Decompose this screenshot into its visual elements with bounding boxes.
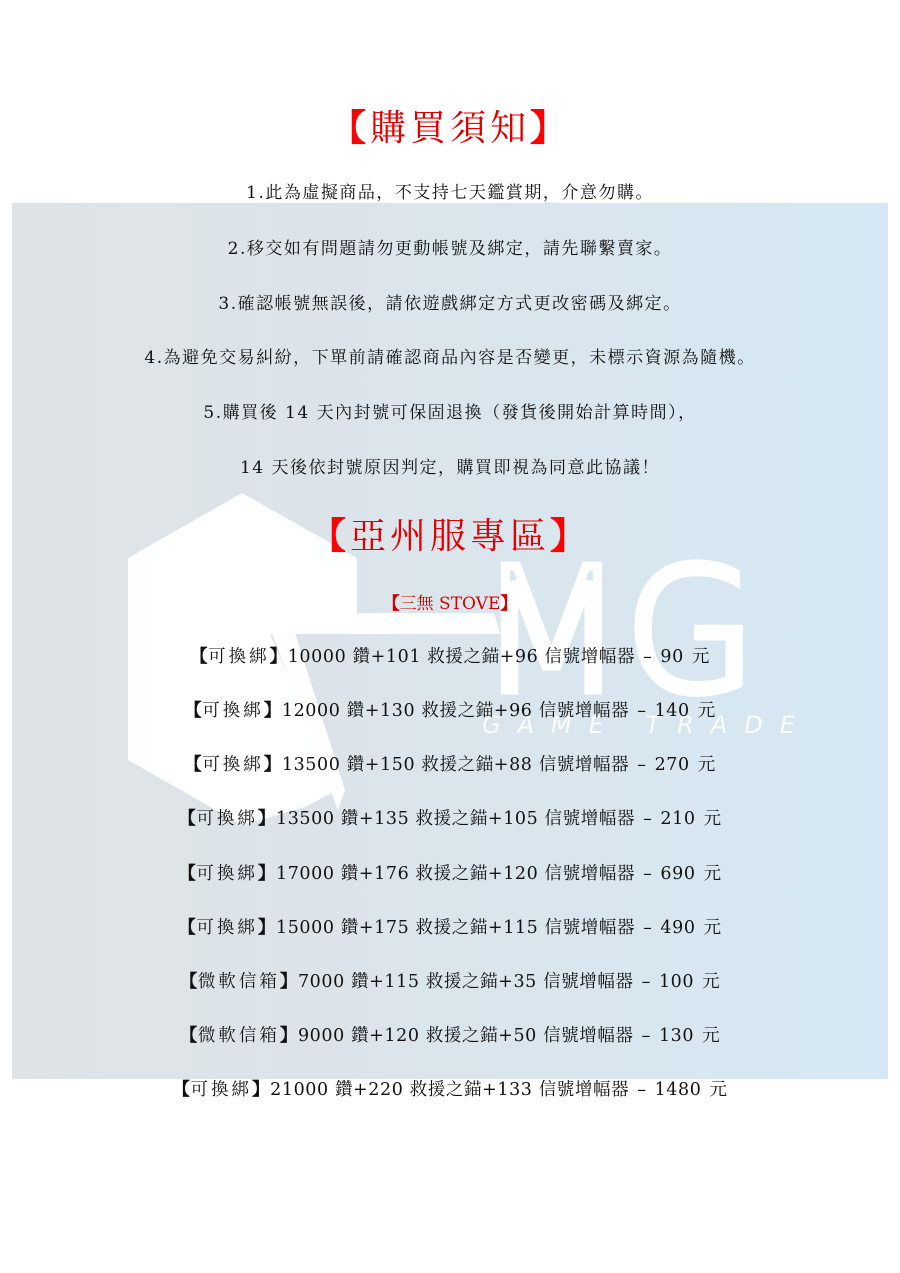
stove-subtitle: 【三無 STOVE】 bbox=[0, 589, 900, 614]
bracket-close: 】 bbox=[258, 864, 276, 884]
background-panel bbox=[12, 203, 888, 1079]
price-unit: 元 bbox=[698, 755, 716, 775]
price-unit: 元 bbox=[710, 1080, 728, 1100]
bracket-close: 】 bbox=[264, 701, 282, 721]
notice-rule-2: 2.移交如有問題請勿更動帳號及綁定，請先聯繫賣家。 bbox=[0, 234, 900, 259]
bracket-close: 】 bbox=[264, 755, 282, 775]
product-tag: 微軟信箱 bbox=[198, 972, 280, 992]
product-detail: 13500 鑽+135 救援之錨+105 信號增幅器 bbox=[276, 809, 635, 829]
product-price: 1480 bbox=[655, 1080, 702, 1100]
bracket-close: 】 bbox=[550, 515, 590, 557]
dash: – bbox=[637, 1080, 646, 1100]
product-tag: 微軟信箱 bbox=[198, 1026, 280, 1046]
product-detail: 9000 鑽+120 救援之錨+50 信號增幅器 bbox=[298, 1026, 634, 1046]
stove-subtitle-text: 三無 STOVE bbox=[400, 594, 501, 614]
product-tag: 可換綁 bbox=[202, 755, 264, 775]
price-unit: 元 bbox=[702, 1026, 720, 1046]
product-tag: 可換綁 bbox=[191, 1080, 253, 1100]
bracket-open: 【 bbox=[310, 515, 350, 557]
price-unit: 元 bbox=[702, 972, 720, 992]
product-price: 140 bbox=[655, 701, 690, 721]
bracket-close: 】 bbox=[500, 594, 517, 614]
bracket-open: 【 bbox=[190, 647, 208, 667]
notice-rule-5: 5.購買後 14 天內封號可保固退換（發貨後開始計算時間）， bbox=[0, 398, 900, 423]
dash: – bbox=[642, 1026, 651, 1046]
product-price: 690 bbox=[660, 864, 695, 884]
product-detail: 12000 鑽+130 救援之錨+96 信號增幅器 bbox=[282, 701, 629, 721]
dash: – bbox=[643, 864, 652, 884]
bracket-open: 【 bbox=[184, 701, 202, 721]
bracket-open: 【 bbox=[172, 1080, 190, 1100]
bracket-close: 】 bbox=[252, 1080, 270, 1100]
product-item: 【可換綁】13500 鑽+150 救援之錨+88 信號增幅器–270元 bbox=[0, 751, 900, 776]
price-unit: 元 bbox=[692, 647, 710, 667]
product-item: 【可換綁】17000 鑽+176 救援之錨+120 信號增幅器–690元 bbox=[0, 860, 900, 885]
asia-server-title-text: 亞州服專區 bbox=[350, 516, 550, 557]
product-item: 【可換綁】10000 鑽+101 救援之錨+96 信號增幅器–90元 bbox=[0, 643, 900, 668]
bracket-open: 【 bbox=[178, 918, 196, 938]
product-price: 490 bbox=[660, 918, 695, 938]
product-tag: 可換綁 bbox=[196, 918, 258, 938]
dash: – bbox=[637, 701, 646, 721]
bracket-open: 【 bbox=[178, 809, 196, 829]
notice-rule-3: 3.確認帳號無誤後，請依遊戲綁定方式更改密碼及綁定。 bbox=[0, 289, 900, 314]
product-item: 【可換綁】15000 鑽+175 救援之錨+115 信號增幅器–490元 bbox=[0, 914, 900, 939]
bracket-open: 【 bbox=[180, 972, 198, 992]
product-price: 210 bbox=[660, 809, 695, 829]
bracket-open: 【 bbox=[330, 107, 370, 149]
product-price: 130 bbox=[659, 1026, 694, 1046]
product-tag: 可換綁 bbox=[202, 701, 264, 721]
purchase-notice-title: 【購買須知】 bbox=[0, 100, 900, 151]
notice-rule-1: 1.此為虛擬商品，不支持七天鑑賞期，介意勿購。 bbox=[0, 178, 900, 203]
bracket-close: 】 bbox=[270, 647, 288, 667]
bracket-open: 【 bbox=[383, 594, 400, 614]
notice-rule-4: 4.為避免交易糾紛，下單前請確認商品內容是否變更，未標示資源為隨機。 bbox=[0, 343, 900, 368]
bracket-open: 【 bbox=[178, 864, 196, 884]
product-tag: 可換綁 bbox=[196, 864, 258, 884]
product-tag: 可換綁 bbox=[196, 809, 258, 829]
product-item: 【可換綁】13500 鑽+135 救援之錨+105 信號增幅器–210元 bbox=[0, 805, 900, 830]
product-item: 【微軟信箱】7000 鑽+115 救援之錨+35 信號增幅器–100元 bbox=[0, 968, 900, 993]
product-item: 【可換綁】12000 鑽+130 救援之錨+96 信號增幅器–140元 bbox=[0, 697, 900, 722]
product-price: 270 bbox=[655, 755, 690, 775]
product-detail: 17000 鑽+176 救援之錨+120 信號增幅器 bbox=[276, 864, 635, 884]
purchase-notice-title-text: 購買須知 bbox=[370, 108, 530, 149]
price-unit: 元 bbox=[704, 809, 722, 829]
product-price: 90 bbox=[660, 647, 683, 667]
product-detail: 10000 鑽+101 救援之錨+96 信號增幅器 bbox=[288, 647, 635, 667]
bracket-close: 】 bbox=[258, 809, 276, 829]
bracket-open: 【 bbox=[180, 1026, 198, 1046]
bracket-close: 】 bbox=[258, 918, 276, 938]
bracket-close: 】 bbox=[280, 972, 298, 992]
dash: – bbox=[643, 918, 652, 938]
dash: – bbox=[643, 647, 652, 667]
price-unit: 元 bbox=[704, 864, 722, 884]
price-unit: 元 bbox=[698, 701, 716, 721]
product-tag: 可換綁 bbox=[208, 647, 270, 667]
dash: – bbox=[643, 809, 652, 829]
product-detail: 15000 鑽+175 救援之錨+115 信號增幅器 bbox=[276, 918, 635, 938]
product-detail: 13500 鑽+150 救援之錨+88 信號增幅器 bbox=[282, 755, 629, 775]
product-item: 【可換綁】21000 鑽+220 救援之錨+133 信號增幅器–1480元 bbox=[0, 1076, 900, 1101]
price-unit: 元 bbox=[704, 918, 722, 938]
dash: – bbox=[637, 755, 646, 775]
product-item: 【微軟信箱】9000 鑽+120 救援之錨+50 信號增幅器–130元 bbox=[0, 1022, 900, 1047]
asia-server-title: 【亞州服專區】 bbox=[0, 508, 900, 559]
notice-rule-5-continued: 14 天後依封號原因判定，購買即視為同意此協議！ bbox=[0, 453, 900, 478]
bracket-close: 】 bbox=[280, 1026, 298, 1046]
bracket-open: 【 bbox=[184, 755, 202, 775]
product-price: 100 bbox=[659, 972, 694, 992]
bracket-close: 】 bbox=[530, 107, 570, 149]
product-detail: 7000 鑽+115 救援之錨+35 信號增幅器 bbox=[298, 972, 634, 992]
dash: – bbox=[642, 972, 651, 992]
product-detail: 21000 鑽+220 救援之錨+133 信號增幅器 bbox=[270, 1080, 629, 1100]
